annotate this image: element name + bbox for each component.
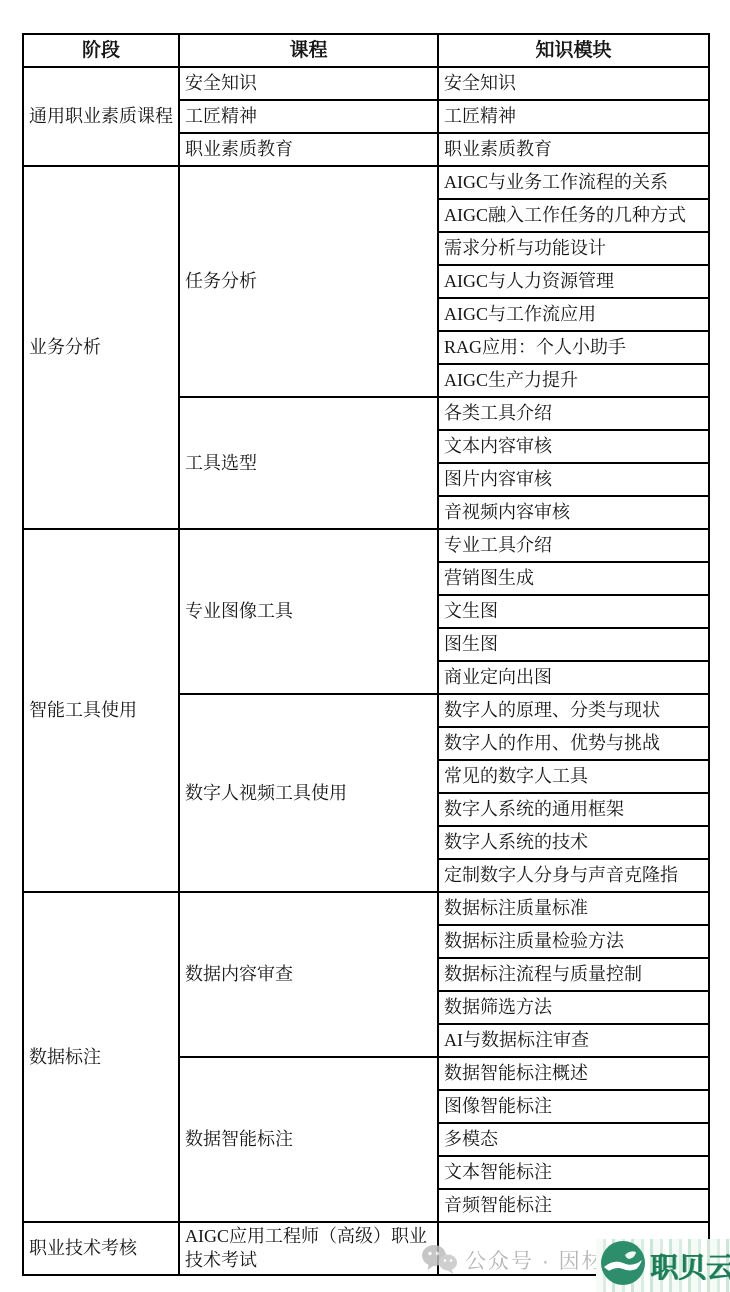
- module-cell: RAG应用：个人小助手: [438, 331, 709, 364]
- module-cell: 音视频内容审核: [438, 496, 709, 529]
- curriculum-table: 阶段 课程 知识模块 通用职业素质课程安全知识安全知识工匠精神工匠精神职业素质教…: [22, 33, 710, 1276]
- module-cell: 文本智能标注: [438, 1156, 709, 1189]
- course-cell: 数字人视频工具使用: [179, 694, 438, 892]
- module-cell: 多模态: [438, 1123, 709, 1156]
- wave-globe-icon: [599, 1239, 647, 1292]
- module-cell: 数字人系统的技术: [438, 826, 709, 859]
- module-cell: 需求分析与功能设计: [438, 232, 709, 265]
- stage-cell: 数据标注: [23, 892, 179, 1222]
- course-cell: 任务分析: [179, 166, 438, 397]
- module-cell: 数据筛选方法: [438, 991, 709, 1024]
- module-cell: 各类工具介绍: [438, 397, 709, 430]
- module-cell: 营销图生成: [438, 562, 709, 595]
- module-cell: 图像智能标注: [438, 1090, 709, 1123]
- table-row: 通用职业素质课程安全知识安全知识: [23, 67, 709, 100]
- module-cell: 数据智能标注概述: [438, 1057, 709, 1090]
- curriculum-table-body: 通用职业素质课程安全知识安全知识工匠精神工匠精神职业素质教育职业素质教育业务分析…: [23, 67, 709, 1275]
- module-cell: AIGC与人力资源管理: [438, 265, 709, 298]
- module-cell: 专业工具介绍: [438, 529, 709, 562]
- module-cell: 数字人的作用、优势与挑战: [438, 727, 709, 760]
- column-header-course: 课程: [179, 34, 438, 67]
- module-cell: AIGC与业务工作流程的关系: [438, 166, 709, 199]
- module-cell: 数字人系统的通用框架: [438, 793, 709, 826]
- header-row: 阶段 课程 知识模块: [23, 34, 709, 67]
- stage-cell: 业务分析: [23, 166, 179, 529]
- course-cell: AIGC应用工程师（高级）职业技术考试: [179, 1222, 438, 1275]
- module-cell: 数据标注质量标准: [438, 892, 709, 925]
- module-cell: 图生图: [438, 628, 709, 661]
- table-row: 智能工具使用专业图像工具专业工具介绍: [23, 529, 709, 562]
- table-row: 数据标注数据内容审查数据标注质量标准: [23, 892, 709, 925]
- module-cell: 安全知识: [438, 67, 709, 100]
- course-cell: 数据智能标注: [179, 1057, 438, 1222]
- course-cell: 工具选型: [179, 397, 438, 529]
- module-cell: 职业素质教育: [438, 133, 709, 166]
- stage-cell: 通用职业素质课程: [23, 67, 179, 166]
- module-cell: 数据标注流程与质量控制: [438, 958, 709, 991]
- module-cell: 常见的数字人工具: [438, 760, 709, 793]
- course-cell: 安全知识: [179, 67, 438, 100]
- wechat-icon: [421, 1244, 457, 1275]
- course-cell: 数据内容审查: [179, 892, 438, 1057]
- course-cell: 工匠精神: [179, 100, 438, 133]
- module-cell: AI与数据标注审查: [438, 1024, 709, 1057]
- course-cell: 专业图像工具: [179, 529, 438, 694]
- module-cell: AIGC生产力提升: [438, 364, 709, 397]
- module-cell: 文生图: [438, 595, 709, 628]
- column-header-module: 知识模块: [438, 34, 709, 67]
- module-cell: 数字人的原理、分类与现状: [438, 694, 709, 727]
- course-cell: 职业素质教育: [179, 133, 438, 166]
- table-row: 业务分析任务分析AIGC与业务工作流程的关系: [23, 166, 709, 199]
- module-cell: 音频智能标注: [438, 1189, 709, 1222]
- logo-text: 职贝云数: [650, 1246, 730, 1286]
- module-cell: 数据标注质量检验方法: [438, 925, 709, 958]
- module-cell: 图片内容审核: [438, 463, 709, 496]
- brand-logo: 职贝云数: [596, 1239, 730, 1292]
- module-cell: AIGC与工作流应用: [438, 298, 709, 331]
- module-cell: 定制数字人分身与声音克隆指: [438, 859, 709, 892]
- module-cell: 文本内容审核: [438, 430, 709, 463]
- module-cell: AIGC融入工作任务的几种方式: [438, 199, 709, 232]
- module-cell: 商业定向出图: [438, 661, 709, 694]
- module-cell: 工匠精神: [438, 100, 709, 133]
- column-header-stage: 阶段: [23, 34, 179, 67]
- stage-cell: 智能工具使用: [23, 529, 179, 892]
- stage-cell: 职业技术考核: [23, 1222, 179, 1275]
